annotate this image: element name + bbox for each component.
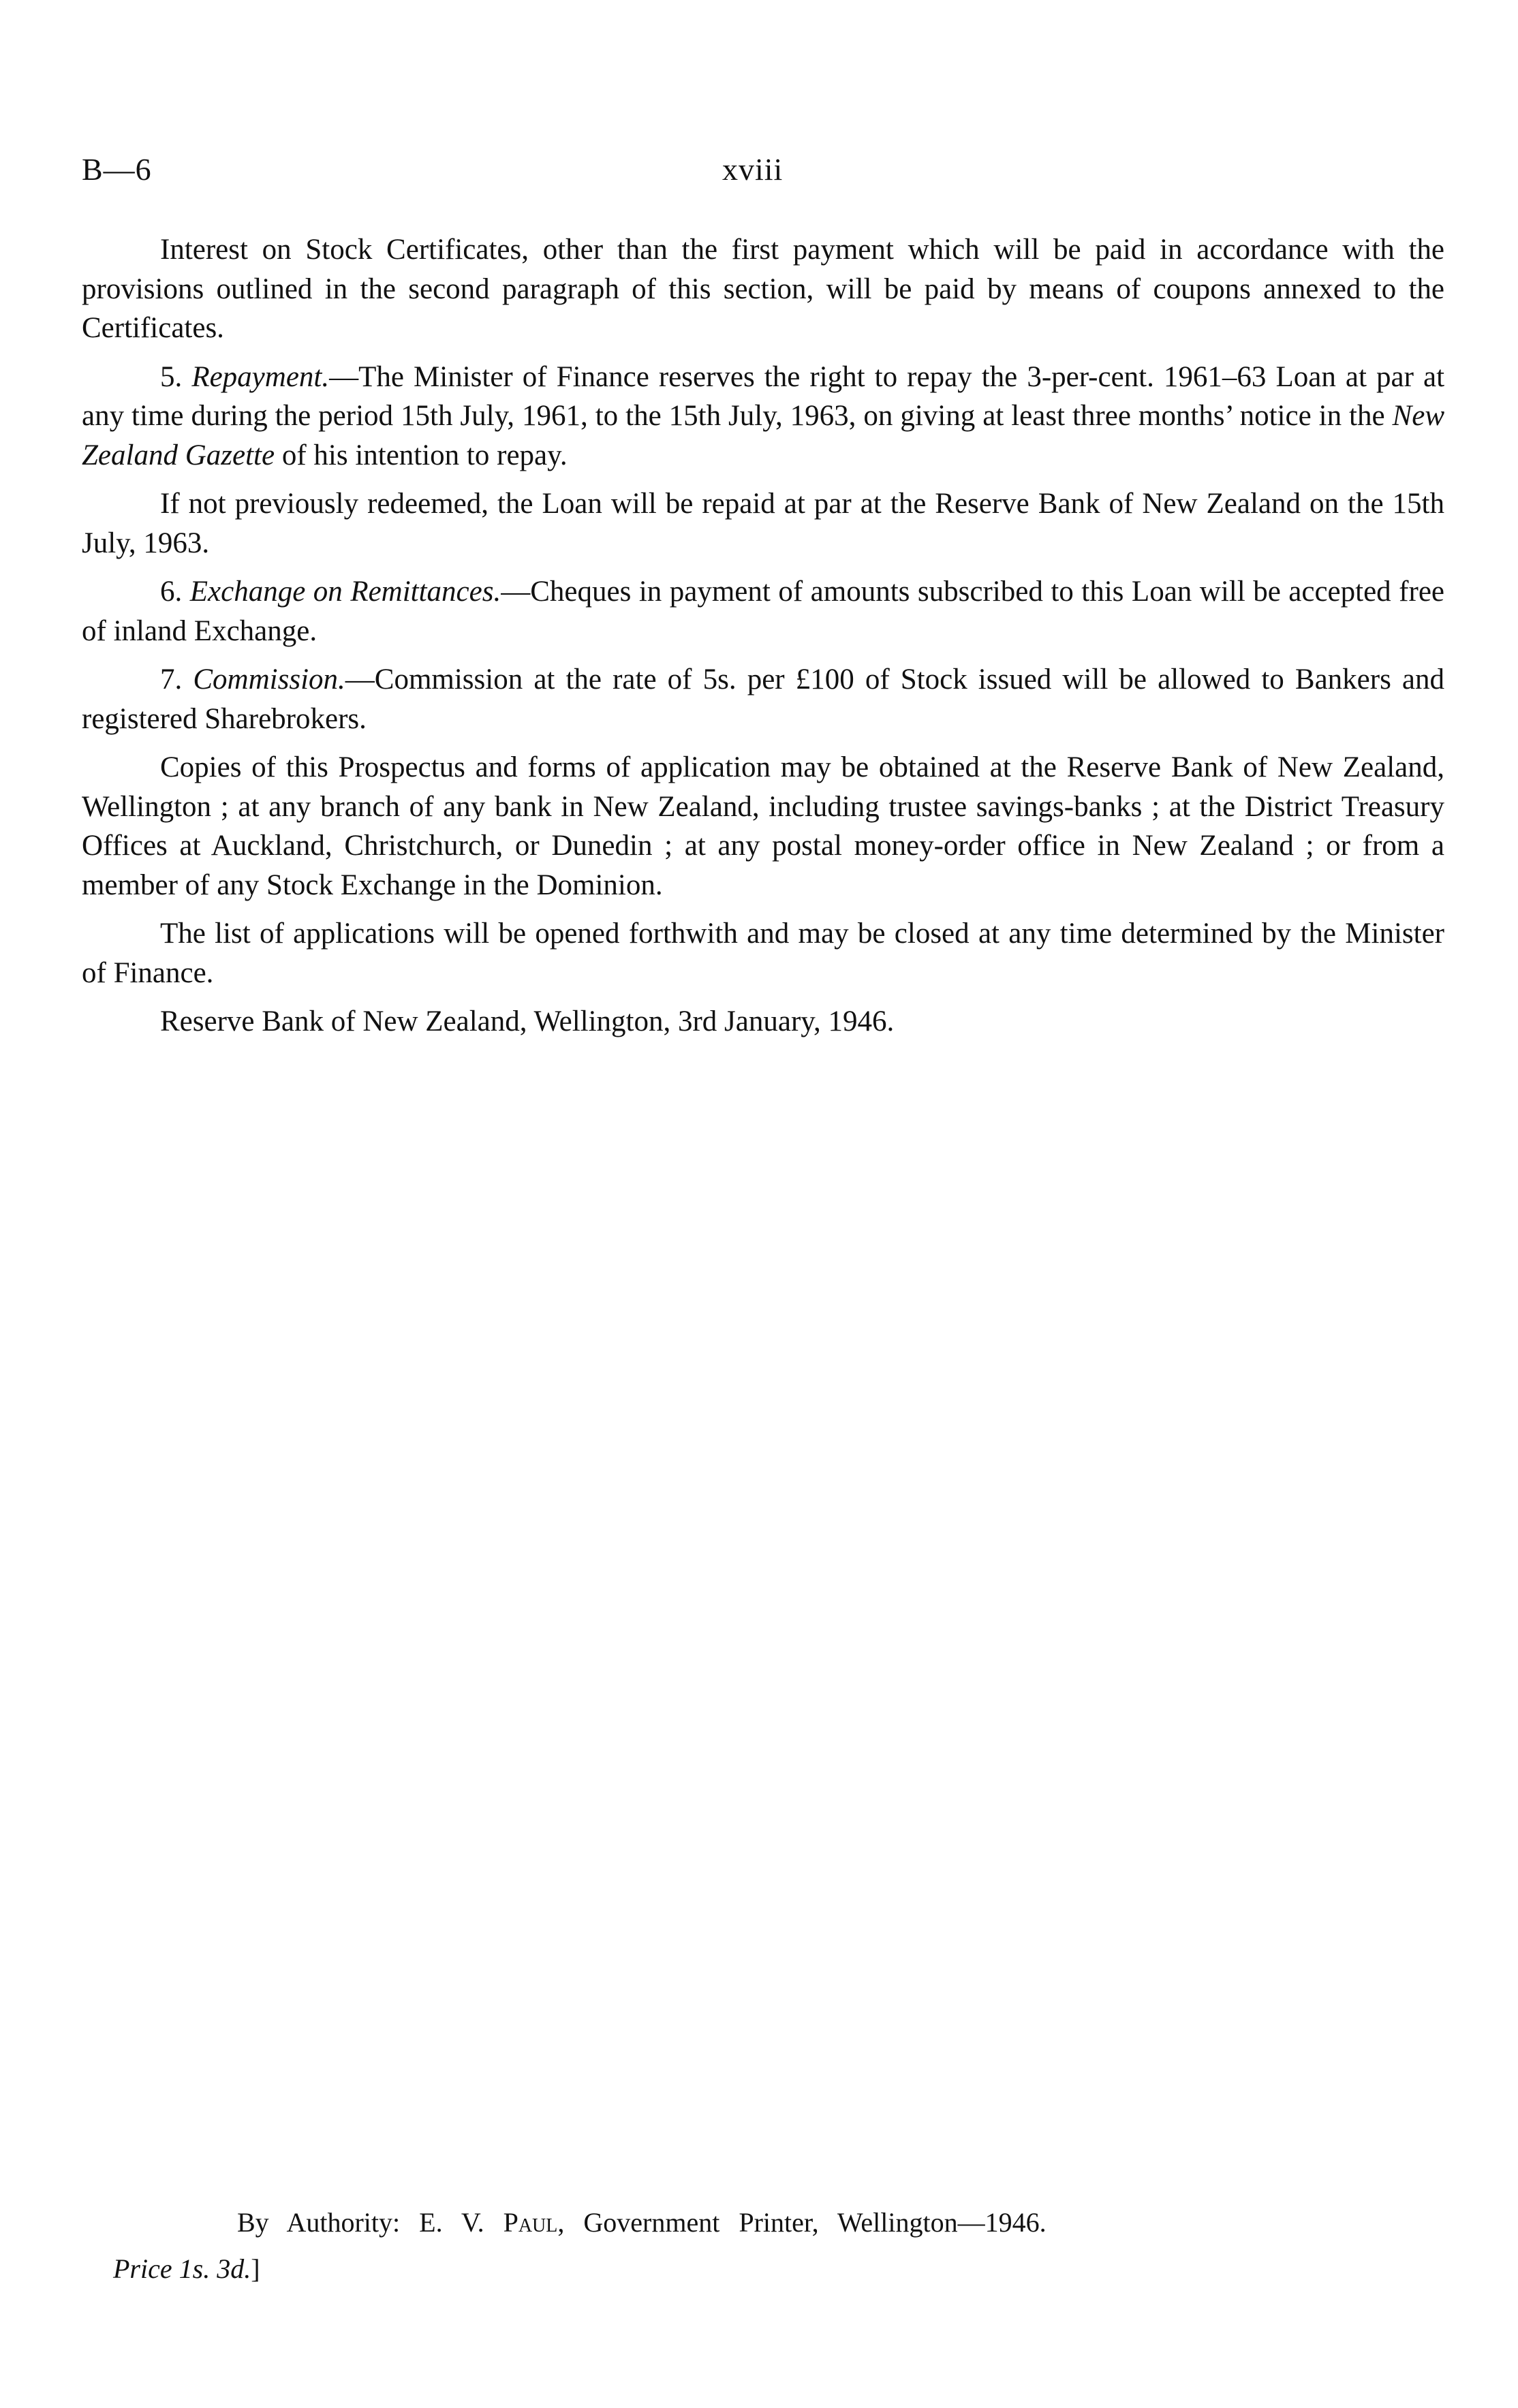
page-header: B—6 xviii (82, 151, 1444, 199)
clause-text-end: of his intention to repay. (275, 439, 568, 471)
price-note: Price 1s. 3d.] (113, 2250, 1444, 2288)
paragraph-redemption: If not previously redeemed, the Loan wil… (82, 484, 1444, 563)
paragraph-applications-list: The list of applications will be opened … (82, 914, 1444, 992)
paragraph-commission: 7. Commission.—Commission at the rate of… (82, 660, 1444, 738)
price-bracket: ] (251, 2253, 260, 2284)
section-code: B—6 (82, 151, 152, 187)
printer-imprint: By Authority: E. V. Paul, Government Pri… (237, 2204, 1444, 2242)
clause-heading: Exchange on Remittances. (190, 576, 501, 608)
paragraph-prospectus-copies: Copies of this Prospectus and forms of a… (82, 748, 1444, 905)
signoff-line: Reserve Bank of New Zealand, Wellington,… (82, 1002, 1444, 1042)
page-number: xviii (722, 151, 783, 187)
imprint-suffix: , Government Printer, Wellington—1946. (557, 2207, 1046, 2238)
clause-number: 6. (160, 576, 182, 608)
clause-number: 7. (160, 663, 182, 695)
paragraph-interest-coupons: Interest on Stock Certificates, other th… (82, 230, 1444, 348)
clause-heading: Repayment. (191, 361, 329, 393)
paragraph-exchange: 6. Exchange on Remittances.—Cheques in p… (82, 572, 1444, 651)
printer-name: Paul (504, 2207, 558, 2238)
clause-heading: Commission. (193, 663, 345, 695)
clause-number: 5. (160, 361, 182, 393)
imprint-prefix: By Authority: E. V. (237, 2207, 504, 2238)
document-body: Interest on Stock Certificates, other th… (82, 230, 1444, 1051)
price-text: Price 1s. 3d. (113, 2253, 251, 2284)
paragraph-repayment: 5. Repayment.—The Minister of Finance re… (82, 358, 1444, 475)
page-footer: By Authority: E. V. Paul, Government Pri… (82, 2204, 1444, 2288)
